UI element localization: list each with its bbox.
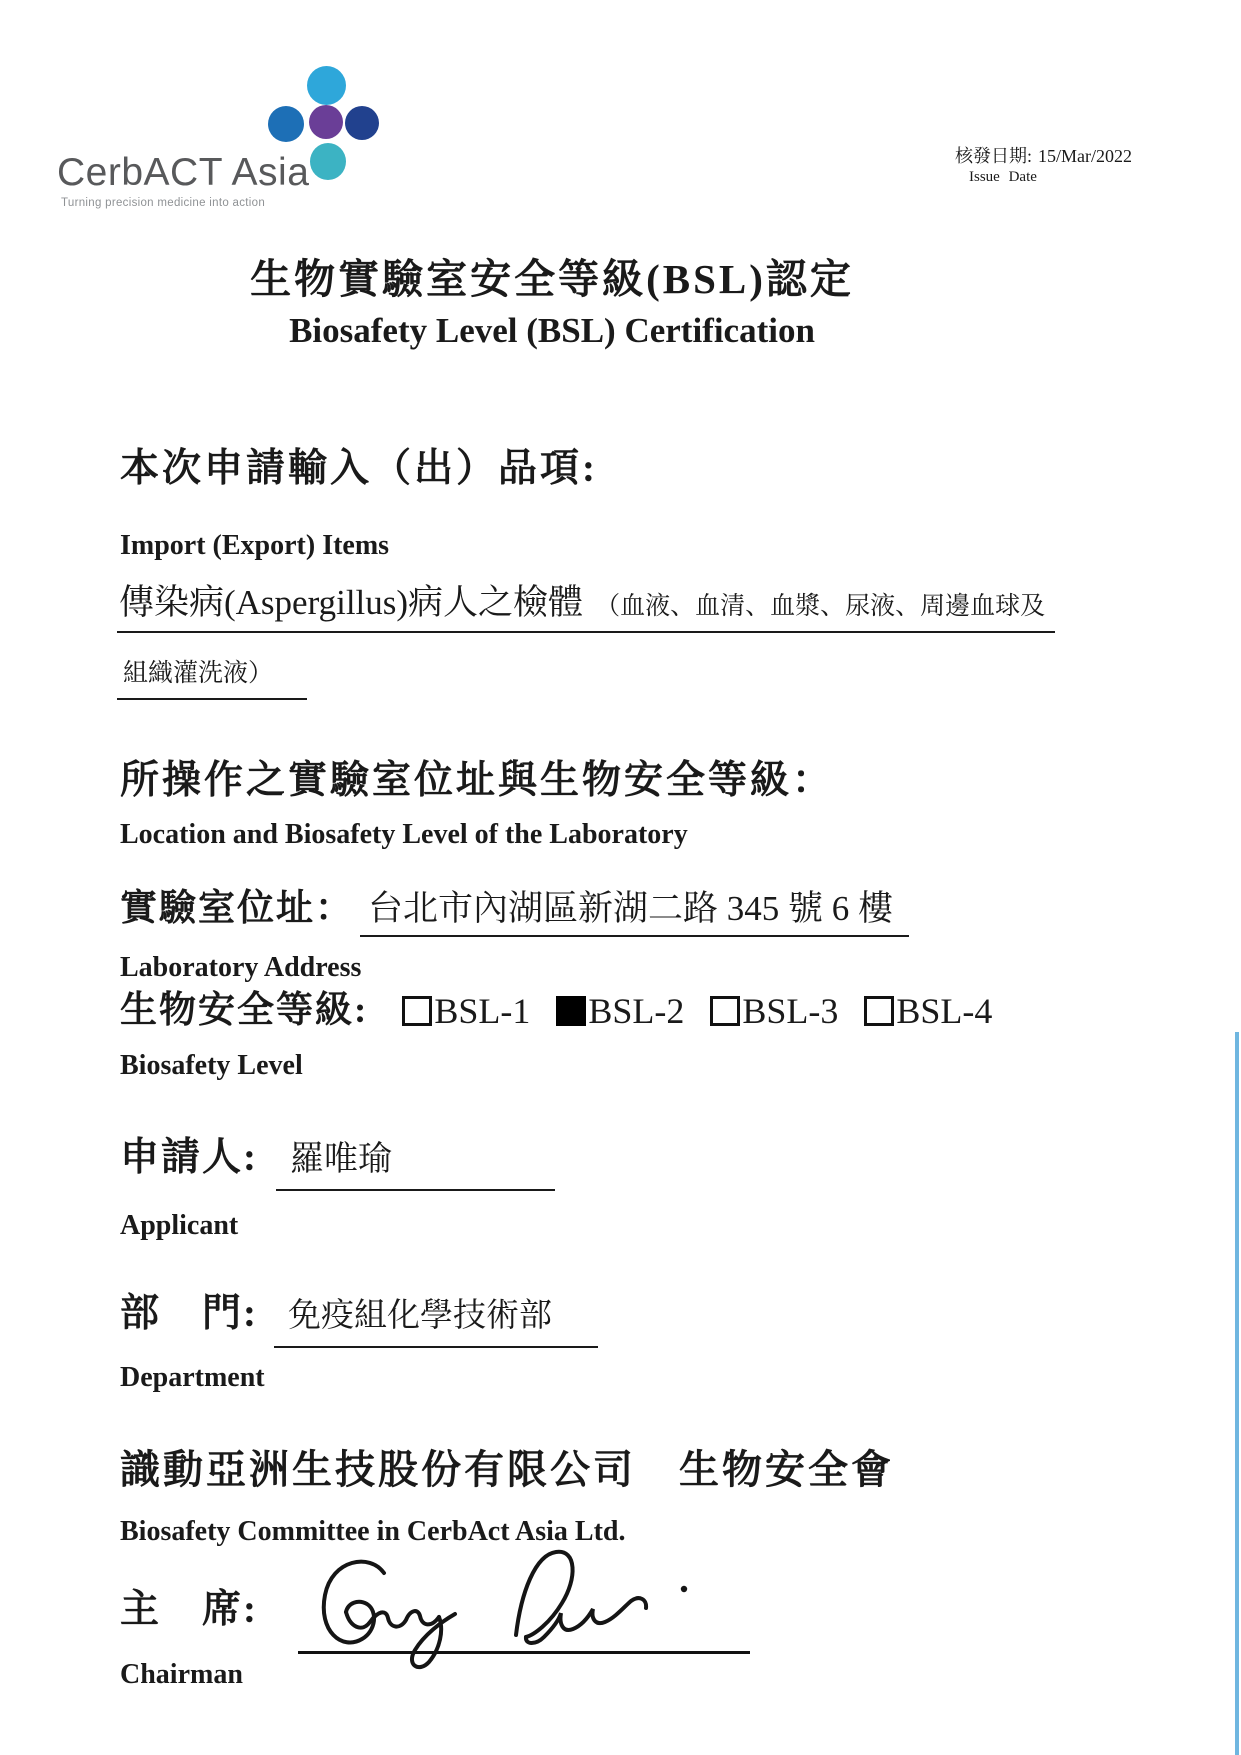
biosafety-level-label-en: Biosafety Level	[120, 1051, 303, 1082]
document-title-zh: 生物實驗室安全等級(BSL)認定	[0, 256, 1104, 303]
applicant-label-zh: 申請人:	[120, 1136, 258, 1181]
applicant-label-en: Applicant	[120, 1211, 238, 1242]
issue-date-label-zh: 核發日期:	[955, 146, 1032, 166]
biosafety-level-options: BSL-1 BSL-2 BSL-3 BSL-4	[402, 993, 1018, 1029]
logo-tagline: Turning precision medicine into action	[61, 198, 265, 210]
department-label-zh: 部 門:	[120, 1292, 258, 1337]
bsl-option-2: BSL-2	[556, 993, 684, 1029]
biosafety-level-row: 生物安全等級: BSL-1 BSL-2 BSL-3 BSL-4	[120, 990, 1018, 1033]
laboratory-address-row: 實驗室位址： 台北市內湖區新湖二路 345 號 6 樓	[120, 888, 909, 937]
chairman-signature	[288, 1545, 768, 1680]
committee-heading-en: Biosafety Committee in CerbAct Asia Ltd.	[120, 1517, 625, 1548]
bsl-option-1: BSL-1	[402, 993, 530, 1029]
scan-edge-artifact	[1235, 1032, 1239, 1755]
bsl-4-label: BSL-4	[896, 993, 992, 1029]
laboratory-address-label-zh: 實驗室位址：	[120, 888, 354, 931]
bsl-4-checkbox[interactable]	[864, 996, 894, 1026]
applicant-value: 羅唯瑜	[276, 1140, 555, 1191]
location-heading-en: Location and Biosafety Level of the Labo…	[120, 820, 688, 851]
applicant-row: 申請人: 羅唯瑜	[120, 1136, 555, 1191]
bsl-1-checkbox[interactable]	[402, 996, 432, 1026]
location-heading-zh: 所操作之實驗室位址與生物安全等級：	[120, 760, 834, 803]
import-items-value-line2: 組織灌洗液）	[117, 660, 307, 700]
logo-dot-left	[268, 106, 304, 142]
committee-heading-zh: 識動亞洲生技股份有限公司 生物安全會	[120, 1448, 894, 1492]
import-items-value-note: （血液、血清、血漿、尿液、周邊血球及	[595, 593, 1045, 620]
import-items-heading-en: Import (Export) Items	[120, 531, 389, 562]
logo-dot-center	[309, 105, 343, 139]
import-items-heading-zh: 本次申請輸入（出）品項:	[120, 448, 598, 491]
biosafety-level-label-zh: 生物安全等級:	[120, 990, 368, 1033]
logo-dot-bottom	[310, 143, 346, 180]
issue-date-block: 核發日期:15/Mar/2022 Issue Date	[955, 145, 1132, 187]
issue-date-value: 15/Mar/2022	[1038, 146, 1132, 166]
chairman-label-zh: 主 席:	[120, 1588, 258, 1633]
document-title-en: Biosafety Level (BSL) Certification	[0, 311, 1104, 351]
department-row: 部 門: 免疫組化學技術部	[120, 1292, 598, 1348]
laboratory-address-label-en: Laboratory Address	[120, 953, 361, 984]
bsl-2-label: BSL-2	[588, 993, 684, 1029]
chairman-label-en: Chairman	[120, 1660, 243, 1691]
logo-dot-top	[307, 66, 346, 105]
bsl-option-3: BSL-3	[710, 993, 838, 1029]
issue-date-label-en: Issue Date	[969, 168, 1132, 188]
import-items-value-line1: 傳染病(Aspergillus)病人之檢體（血液、血清、血漿、尿液、周邊血球及	[117, 584, 1055, 633]
bsl-3-checkbox[interactable]	[710, 996, 740, 1026]
department-value: 免疫組化學技術部	[274, 1298, 598, 1348]
bsl-option-4: BSL-4	[864, 993, 992, 1029]
certificate-page: CerbACT Asia Turning precision medicine …	[0, 0, 1241, 1755]
import-items-value-main: 傳染病(Aspergillus)病人之檢體	[119, 583, 583, 622]
laboratory-address-value: 台北市內湖區新湖二路 345 號 6 樓	[360, 889, 909, 937]
logo-brand-text: CerbACT Asia	[57, 153, 309, 192]
bsl-1-label: BSL-1	[434, 993, 530, 1029]
department-label-en: Department	[120, 1363, 265, 1394]
title-block: 生物實驗室安全等級(BSL)認定 Biosafety Level (BSL) C…	[0, 256, 1104, 351]
logo-dot-right	[345, 106, 379, 140]
bsl-2-checkbox[interactable]	[556, 996, 586, 1026]
bsl-3-label: BSL-3	[742, 993, 838, 1029]
